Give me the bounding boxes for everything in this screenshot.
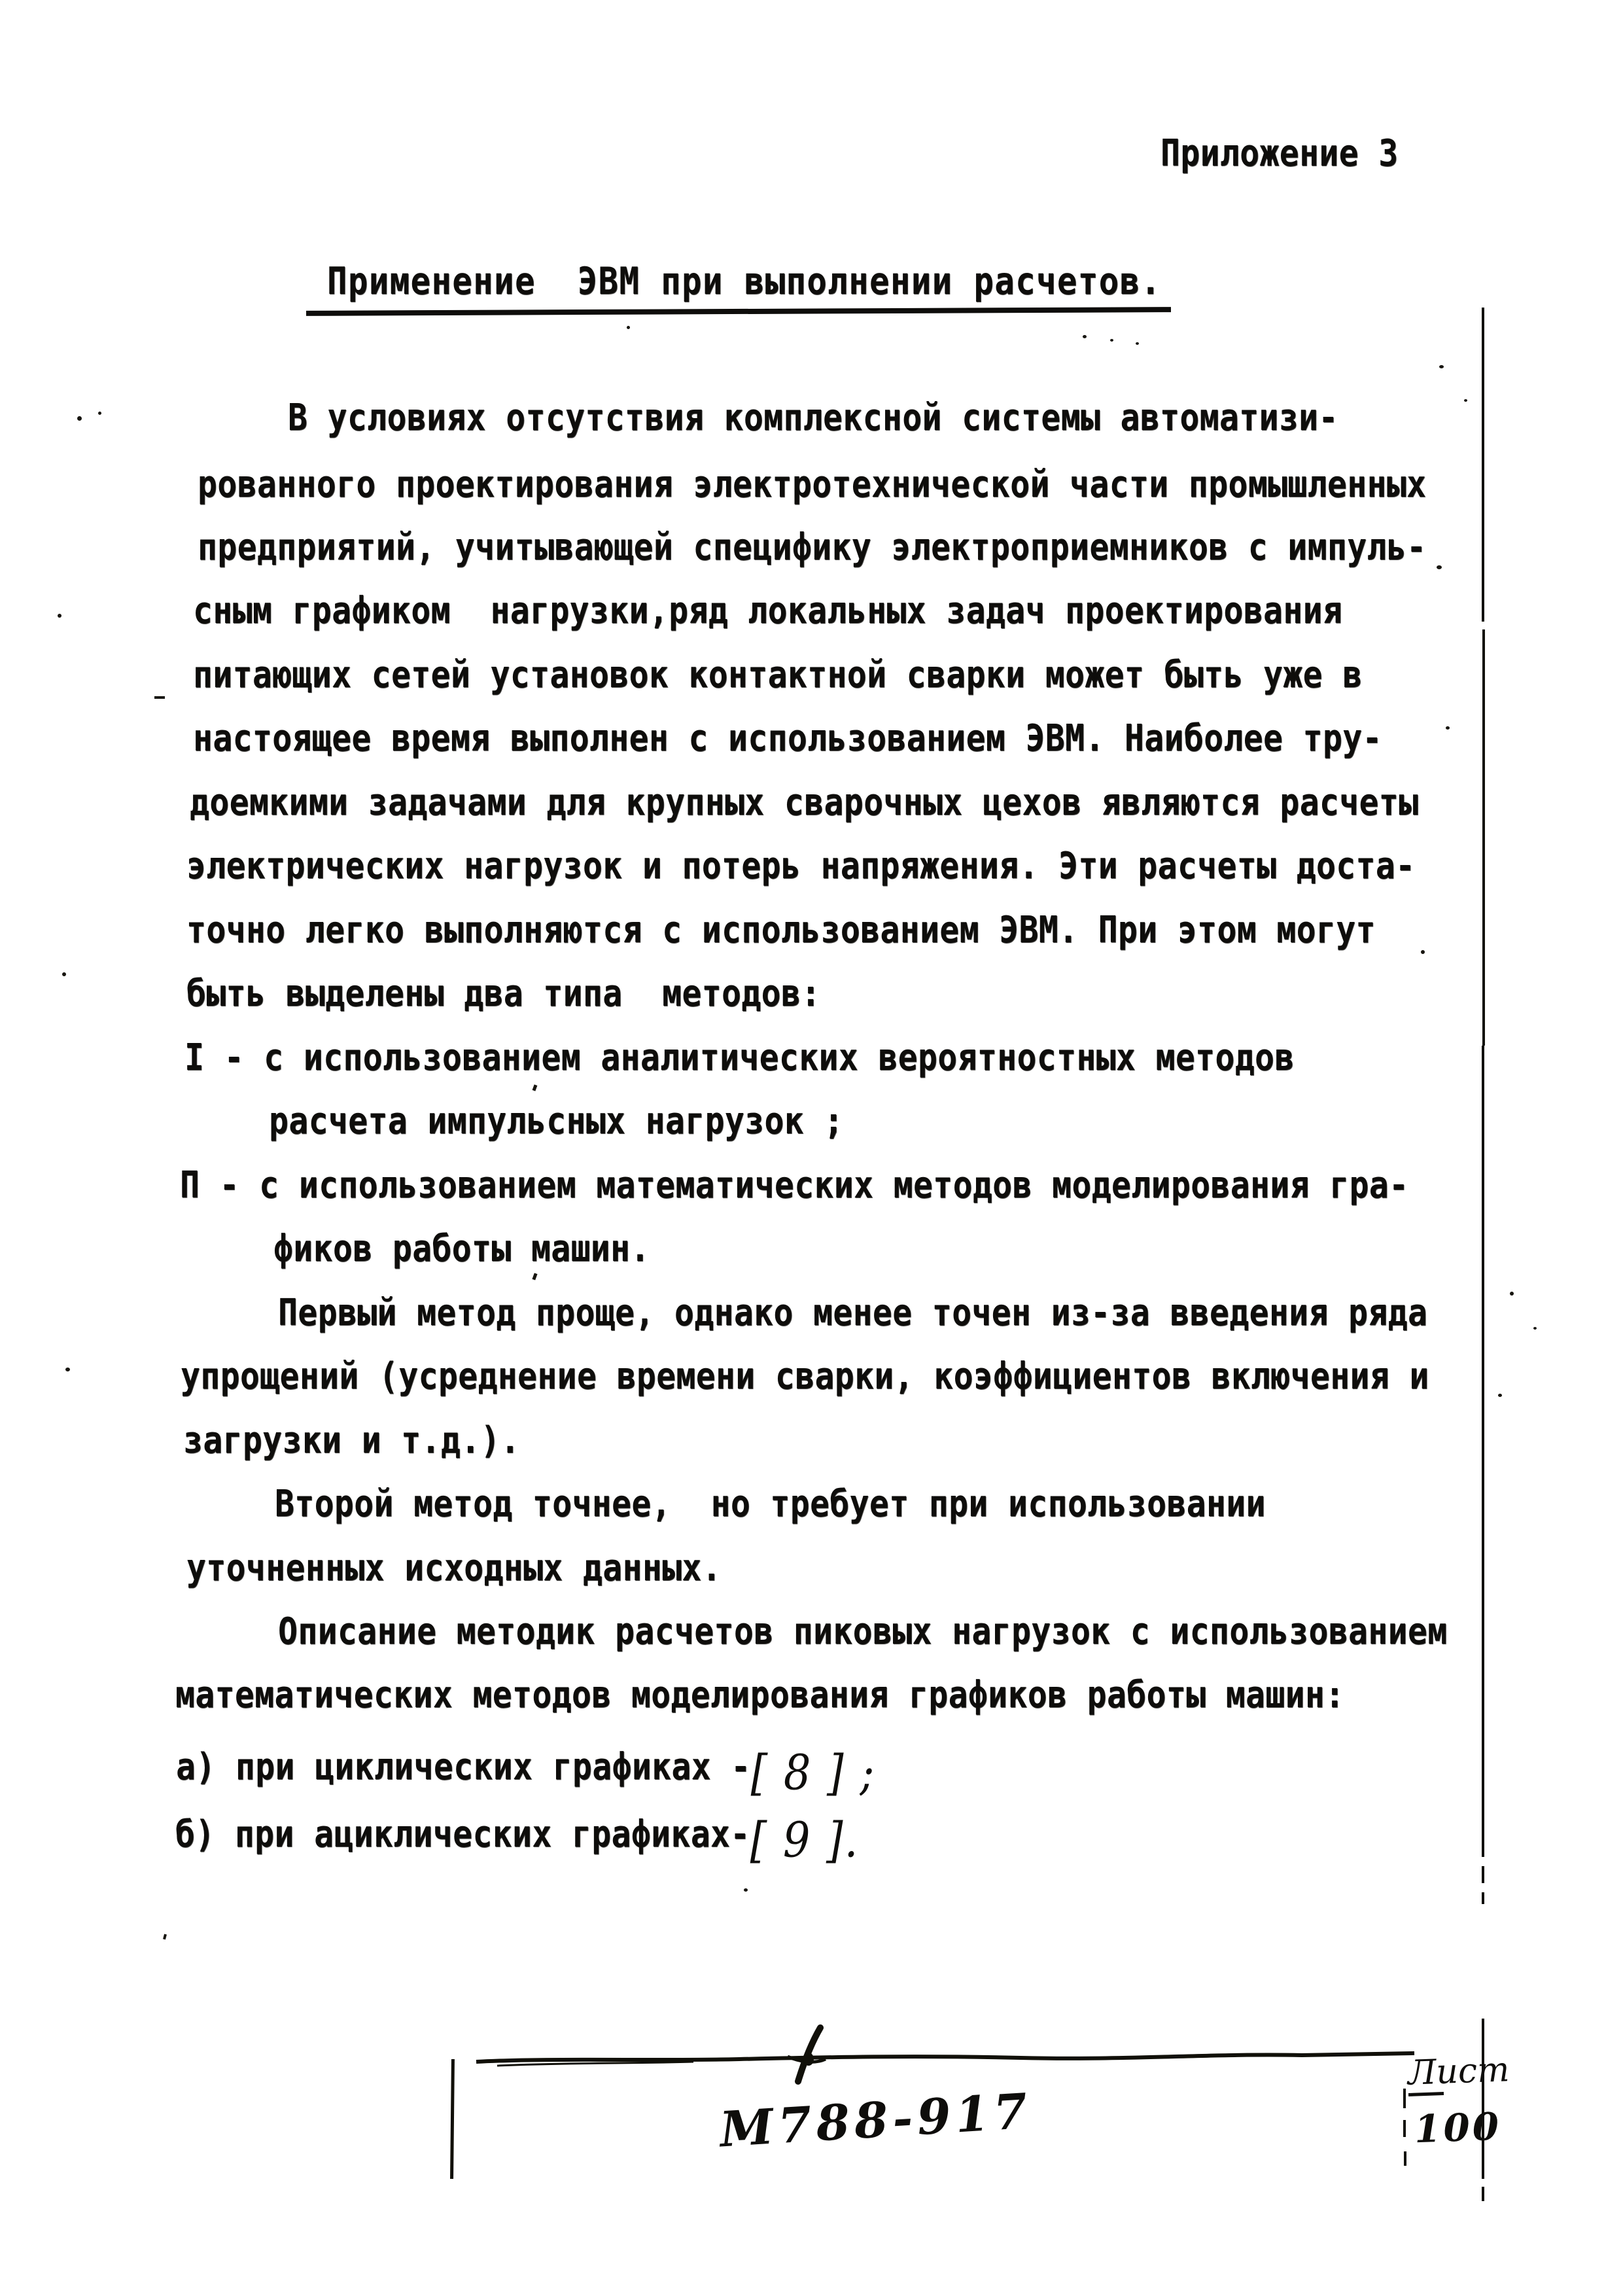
noise-speck: [1446, 726, 1450, 730]
citation-ref-8: [ 8 ] ;: [751, 1749, 876, 1797]
noise-speck: [1083, 335, 1087, 338]
list-item-a-text: а) при циклических графиках -: [176, 1746, 751, 1788]
sheet-box-left-dash: [1403, 2089, 1406, 2108]
list-item-a: а) при циклических графиках -[ 8 ] ;: [176, 1748, 875, 1797]
noise-speck: [98, 412, 101, 415]
text-line: предприятий, учитывающей специфику элект…: [198, 529, 1426, 565]
list-item-b-text: б) при ациклических графиках-: [175, 1813, 750, 1856]
noise-speck: [1110, 339, 1113, 342]
noise-speck: [1421, 950, 1425, 954]
page-title: Применение ЭВМ при выполнении расчетов.: [327, 263, 1161, 300]
text-line: Первый метод проще, однако менее точен и…: [278, 1294, 1427, 1331]
noise-speck: [1464, 399, 1467, 402]
text-line: электрических нагрузок и потерь напряжен…: [186, 847, 1415, 884]
right-margin-line-dash: [1482, 1892, 1484, 1904]
footer-left-tick: [450, 2059, 455, 2179]
sheet-box-left-dash: [1403, 2120, 1406, 2137]
scanned-document-page: Приложение 3 Применение ЭВМ при выполнен…: [0, 0, 1623, 2296]
text-line: фиков работы машин.: [273, 1230, 650, 1267]
noise-speck: [1498, 1394, 1502, 1397]
sheet-box-right-edge: [1482, 2019, 1484, 2179]
noise-speck: [62, 972, 66, 976]
appendix-label: Приложение 3: [1161, 135, 1399, 171]
text-line: рованного проектирования электротехничес…: [198, 466, 1426, 503]
list-item-b: б) при ациклических графиках-[ 9 ].: [175, 1816, 859, 1865]
sheet-box-left-dash: [1404, 2151, 1406, 2166]
noise-speck: [627, 326, 630, 329]
title-underline: [306, 307, 1171, 316]
text-line: I - с использованием аналитических вероя…: [184, 1039, 1295, 1076]
noise-speck: [1510, 1292, 1514, 1296]
sheet-box-right-edge-dash: [1482, 2187, 1484, 2201]
noise-speck: [77, 416, 82, 421]
noise-speck: [1439, 365, 1444, 368]
noise-speck: [532, 1273, 537, 1280]
noise-speck: [65, 1368, 70, 1371]
footer-rule: [458, 2025, 1439, 2097]
right-margin-line: [1482, 1046, 1484, 1857]
text-line: сным графиком нагрузки,ряд локальных зад…: [193, 592, 1342, 629]
text-line: П - с использованием математических мето…: [180, 1167, 1408, 1203]
right-margin-line-dash: [1482, 1866, 1484, 1883]
noise-speck: [744, 1888, 748, 1892]
noise-speck: [154, 696, 165, 699]
sheet-label: Лист: [1407, 2050, 1510, 2093]
text-line: расчета импульсных нагрузок ;: [269, 1103, 844, 1139]
right-margin-line: [1482, 308, 1484, 622]
text-line: Описание методик расчетов пиковых нагруз…: [278, 1613, 1448, 1650]
text-line: настоящее время выполнен с использование…: [193, 720, 1382, 756]
text-line: Второй метод точнее, но требует при испо…: [275, 1485, 1266, 1522]
text-line: уточненных исходных данных.: [186, 1549, 722, 1586]
text-line: точно легко выполняются с использованием…: [186, 911, 1376, 948]
noise-speck: [1437, 565, 1442, 569]
right-margin-line: [1482, 629, 1485, 1046]
noise-speck: [58, 614, 61, 618]
sheet-number: 100: [1414, 2104, 1502, 2152]
text-line: питающих сетей установок контактной свар…: [193, 656, 1363, 693]
noise-speck: [163, 1934, 167, 1940]
text-line: математических методов моделирования гра…: [175, 1676, 1345, 1713]
text-line: В условиях отсутствия комплексной систем…: [288, 399, 1338, 436]
text-line: быть выделены два типа методов:: [186, 975, 820, 1012]
noise-speck: [532, 1084, 538, 1091]
noise-speck: [1533, 1327, 1537, 1330]
text-line: загрузки и т.д.).: [183, 1422, 520, 1458]
noise-speck: [1136, 342, 1139, 345]
text-line: доемкими задачами для крупных сварочных …: [190, 784, 1418, 821]
text-line: упрощений (усреднение времени сварки, ко…: [181, 1358, 1429, 1394]
citation-ref-9: [ 9 ].: [750, 1816, 860, 1865]
